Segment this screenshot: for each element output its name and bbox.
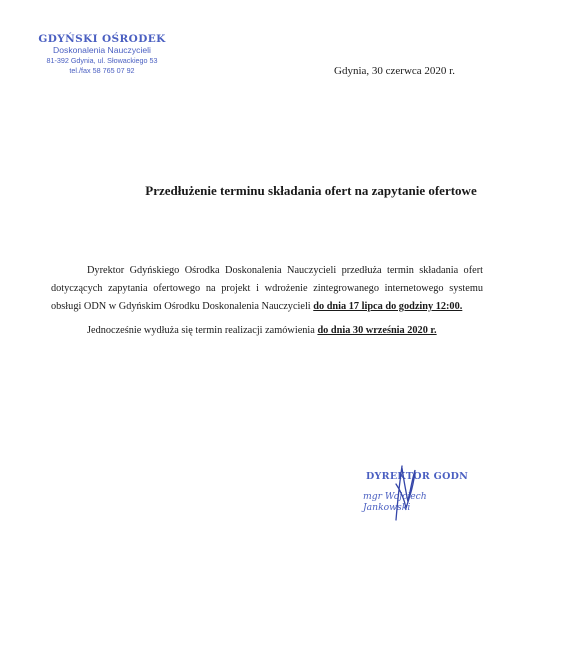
place-date: Gdynia, 30 czerwca 2020 r. [334, 65, 455, 77]
deadline-offers: do dnia 17 lipca do godziny 12:00. [313, 301, 462, 312]
paragraph-extension: Dyrektor Gdyńskiego Ośrodka Doskonalenia… [51, 262, 483, 316]
stamp-title: DYREKTOR GODN [366, 471, 476, 482]
paragraph-realization: Jednocześnie wydłuża się termin realizac… [51, 322, 483, 340]
paragraph-realization-text: Jednocześnie wydłuża się termin realizac… [87, 325, 317, 336]
institution-phone: tel./fax 58 765 07 92 [36, 66, 168, 76]
institution-address: 81-392 Gdynia, ul. Słowackiego 53 [36, 56, 168, 66]
director-stamp: DYREKTOR GODN mgr Wojciech Jankowski [366, 471, 476, 513]
stamp-name: mgr Wojciech Jankowski [363, 491, 476, 513]
institution-subtitle: Doskonalenia Nauczycieli [36, 45, 168, 56]
deadline-realization: do dnia 30 września 2020 r. [317, 325, 436, 336]
letterhead: GDYŃSKI OŚRODEK Doskonalenia Nauczycieli… [36, 33, 168, 76]
document-title: Przedłużenie terminu składania ofert na … [0, 183, 577, 199]
institution-name: GDYŃSKI OŚRODEK [36, 33, 168, 45]
document-body: Dyrektor Gdyńskiego Ośrodka Doskonalenia… [51, 262, 483, 340]
